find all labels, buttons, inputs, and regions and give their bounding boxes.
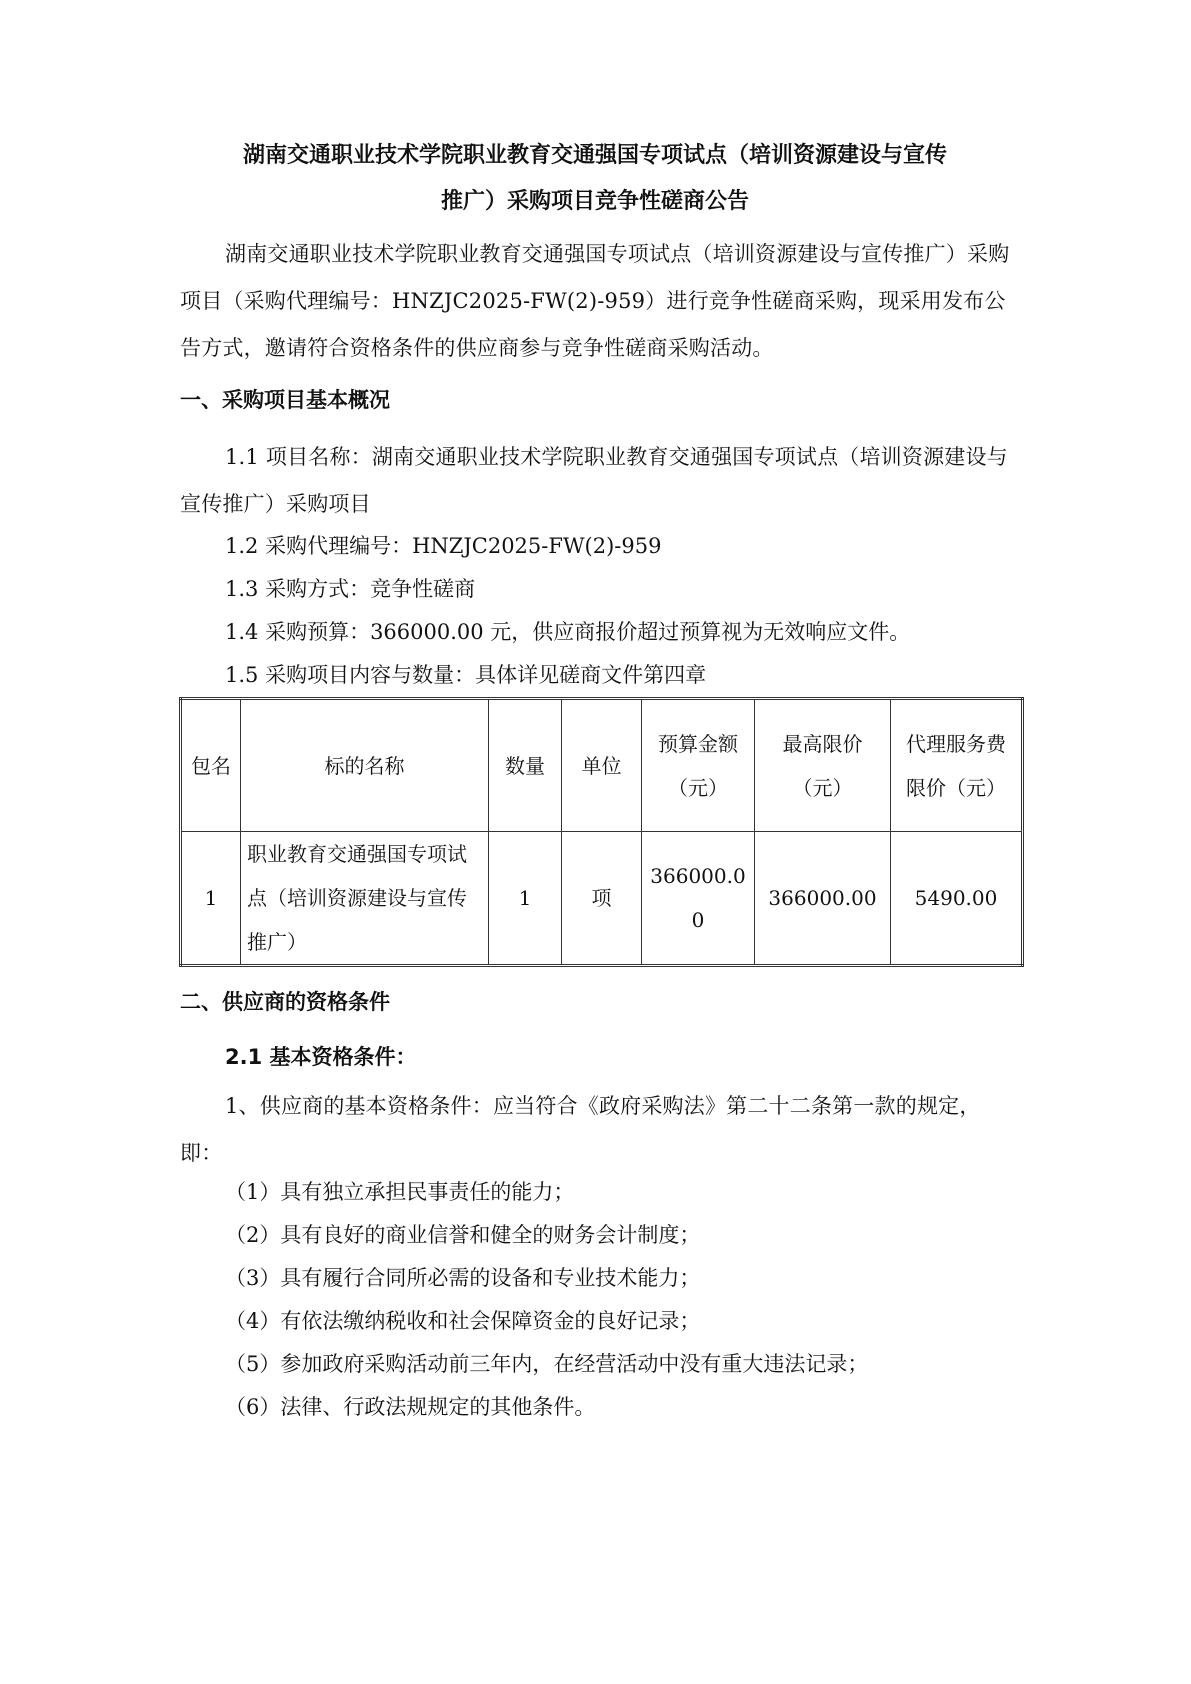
qualification-item-1: （1）具有独立承担民事责任的能力； bbox=[225, 1177, 574, 1207]
item-1-3: 1.3 采购方式：竞争性磋商 bbox=[225, 574, 475, 604]
item-1-5: 1.5 采购项目内容与数量：具体详见磋商文件第四章 bbox=[225, 660, 706, 690]
qualification-item-4: （4）有依法缴纳税收和社会保障资金的良好记录； bbox=[225, 1306, 700, 1336]
intro-paragraph: 湖南交通职业技术学院职业教育交通强国专项试点（培训资源建设与宣传推广）采购项目（… bbox=[180, 231, 1010, 372]
item-1-2: 1.2 采购代理编号：HNZJC2025-FW(2)-959 bbox=[225, 531, 661, 561]
cell-max-price: 366000.00 bbox=[755, 832, 891, 966]
qualification-item-5: （5）参加政府采购活动前三年内，在经营活动中没有重大违法记录； bbox=[225, 1349, 868, 1379]
document-page: 湖南交通职业技术学院职业教育交通强国专项试点（培训资源建设与宣传 推广）采购项目… bbox=[0, 0, 1191, 1684]
header-unit: 单位 bbox=[562, 699, 642, 832]
qualification-item-6: （6）法律、行政法规规定的其他条件。 bbox=[225, 1392, 595, 1422]
qualification-item-2: （2）具有良好的商业信誉和健全的财务会计制度； bbox=[225, 1220, 700, 1250]
document-title-line-2: 推广）采购项目竞争性磋商公告 bbox=[170, 176, 1020, 228]
header-package: 包名 bbox=[181, 699, 241, 832]
cell-unit: 项 bbox=[562, 832, 642, 966]
header-quantity: 数量 bbox=[489, 699, 562, 832]
table-header-row: 包名 标的名称 数量 单位 预算金额（元） 最高限价（元） 代理服务费限价（元） bbox=[181, 699, 1023, 832]
cell-budget: 366000.00 bbox=[642, 832, 755, 966]
item-1-1: 1.1 项目名称：湖南交通职业技术学院职业教育交通强国专项试点（培训资源建设与宣… bbox=[180, 434, 1010, 528]
section-2-heading: 二、供应商的资格条件 bbox=[180, 987, 390, 1017]
cell-agency-fee: 5490.00 bbox=[891, 832, 1023, 966]
section-2-paragraph: 1、供应商的基本资格条件：应当符合《政府采购法》第二十二条第一款的规定，即： bbox=[180, 1083, 1010, 1177]
qualification-item-3: （3）具有履行合同所必需的设备和专业技术能力； bbox=[225, 1263, 700, 1293]
document-title-line-1: 湖南交通职业技术学院职业教育交通强国专项试点（培训资源建设与宣传 bbox=[170, 130, 1020, 182]
cell-item-name: 职业教育交通强国专项试点（培训资源建设与宣传推广） bbox=[241, 832, 489, 966]
section-1-heading: 一、采购项目基本概况 bbox=[180, 385, 390, 415]
cell-quantity: 1 bbox=[489, 832, 562, 966]
procurement-table: 包名 标的名称 数量 单位 预算金额（元） 最高限价（元） 代理服务费限价（元）… bbox=[179, 697, 1024, 967]
header-max-price: 最高限价（元） bbox=[755, 699, 891, 832]
header-budget: 预算金额（元） bbox=[642, 699, 755, 832]
table-row: 1 职业教育交通强国专项试点（培训资源建设与宣传推广） 1 项 366000.0… bbox=[181, 832, 1023, 966]
item-1-4: 1.4 采购预算：366000.00 元，供应商报价超过预算视为无效响应文件。 bbox=[225, 617, 910, 647]
header-item-name: 标的名称 bbox=[241, 699, 489, 832]
header-agency-fee: 代理服务费限价（元） bbox=[891, 699, 1023, 832]
cell-package: 1 bbox=[181, 832, 241, 966]
section-2-1-heading: 2.1 基本资格条件： bbox=[225, 1042, 417, 1072]
